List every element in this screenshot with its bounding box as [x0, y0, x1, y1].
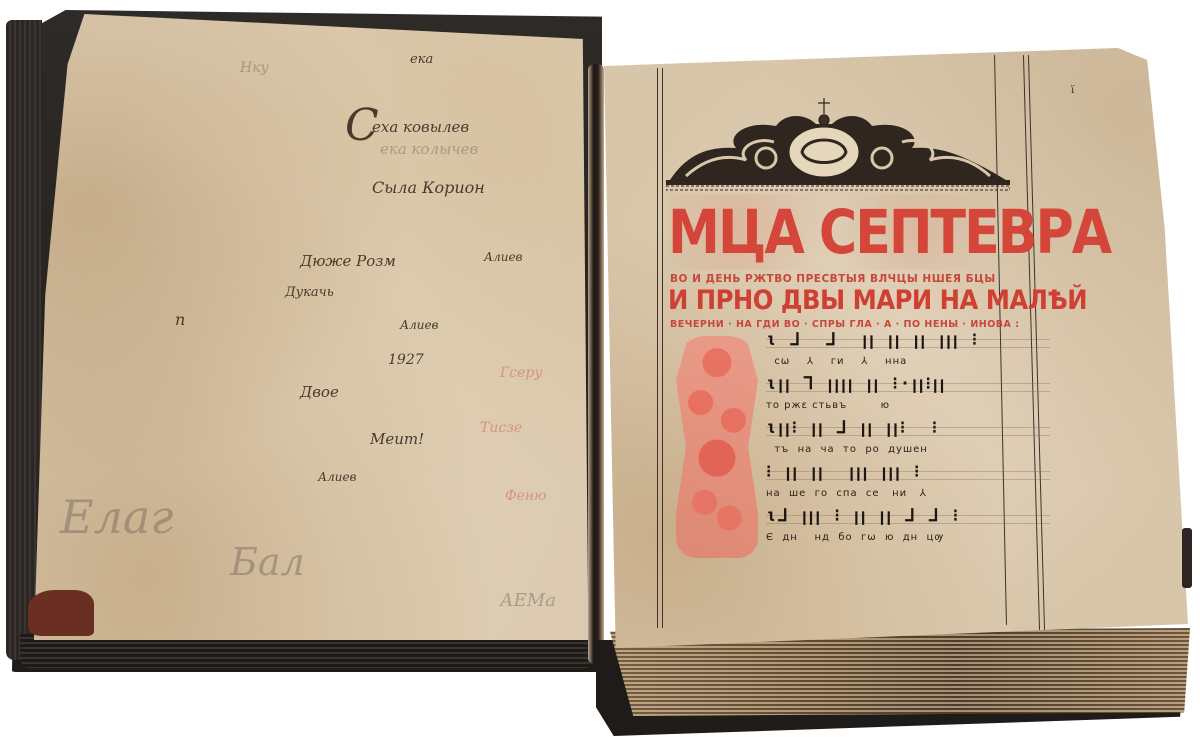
- handwritten-note: Феню: [505, 488, 546, 504]
- handwritten-note: Сыла Корион: [372, 178, 485, 197]
- chant-line: ιꞁꞁ⁝ ꞁꞁ ⅃ ꞁꞁ ꞁꞁ⁝ ⁝ тъ на ча то ро душен: [766, 418, 1050, 462]
- handwritten-note: Дюже Розм: [300, 252, 396, 270]
- folio-number: ї: [1071, 85, 1074, 96]
- chant-line: ⁝ ꞁꞁ ꞁꞁ ꞁꞁꞁ ꞁꞁꞁ ⁝ на ше го спа се ни ⅄: [766, 462, 1050, 506]
- neume-row: ι⅃ ꞁꞁꞁ ⁝ ꞁꞁ ꞁꞁ ⅃ ⅃ ⁝: [766, 506, 1050, 526]
- handwritten-note: Алиев: [400, 318, 439, 332]
- handwritten-note: п: [175, 310, 185, 329]
- neume-row: ⁝ ꞁꞁ ꞁꞁ ꞁꞁꞁ ꞁꞁꞁ ⁝: [766, 462, 1050, 482]
- chant-line: ι ⅃ ⅃ ꞁꞁ ꞁꞁ ꞁꞁ ꞁꞁꞁ ⁝ сѡ ⅄ ги ⅄ нна: [766, 330, 1050, 374]
- handwritten-note: Тисзе: [480, 420, 522, 436]
- feast-heading-line-2: И ПРНО ДВЫ МАРИ НА МАЛѢЙ: [668, 285, 1028, 316]
- feast-heading-line-1: ВО И ДЕНЬ РЖТВО ПРЕСВТЫЯ ВЛЧЦЫ НШЕЯ БЦЫ: [670, 273, 1020, 285]
- book-photograph: екаНкуСеха ковылевека колычевСыла Корион…: [0, 0, 1200, 740]
- left-pastedown-page: [34, 14, 594, 640]
- margin-rule-left: [657, 68, 658, 628]
- handwritten-note: Нку: [240, 60, 269, 76]
- syllable-row: на ше го спа се ни ⅄: [766, 488, 1050, 499]
- handwritten-note: Дукачь: [285, 285, 334, 300]
- handwritten-note: Бал: [230, 540, 305, 584]
- neume-row: ι ⅃ ⅃ ꞁꞁ ꞁꞁ ꞁꞁ ꞁꞁꞁ ⁝: [766, 330, 1050, 350]
- margin-rule-left-inner: [662, 68, 663, 628]
- manuscript-title-month: МЦА СЕПТЕВРА: [668, 194, 1020, 270]
- handwritten-note: Гсеру: [500, 365, 542, 381]
- chant-line: ι⅃ ꞁꞁꞁ ⁝ ꞁꞁ ꞁꞁ ⅃ ⅃ ⁝ Є дн нд бо гѡ ю дн …: [766, 506, 1050, 550]
- handwritten-note: АЕМа: [500, 590, 556, 611]
- rubric-vespers-tone: ВЕЧЕРНИ · НА ГДИ ВО · СПРЫ ГЛА · А · ПО …: [670, 319, 1030, 330]
- chant-line: ιꞁꞁ ⅂ ꞁꞁꞁꞁ ꞁꞁ ⁝·ꞁꞁ⁝ꞁꞁ то ржε стьвъ ю: [766, 374, 1050, 418]
- handwritten-note: Меит!: [370, 430, 424, 448]
- syllable-row: то ржε стьвъ ю: [766, 400, 1050, 411]
- syllable-row: Є дн нд бо гѡ ю дн цѹ: [766, 532, 1050, 543]
- handwritten-note: ека колычев: [380, 140, 478, 158]
- torn-paper-corner: [28, 590, 94, 636]
- handwritten-note: 1927: [388, 352, 424, 368]
- neume-row: ιꞁꞁ ⅂ ꞁꞁꞁꞁ ꞁꞁ ⁝·ꞁꞁ⁝ꞁꞁ: [766, 374, 1050, 394]
- red-floral-initial-ornament: [676, 336, 758, 558]
- handwritten-note: Алиев: [318, 470, 357, 484]
- syllable-row: тъ на ча то ро душен: [766, 444, 1050, 455]
- neume-row: ιꞁꞁ⁝ ꞁꞁ ⅃ ꞁꞁ ꞁꞁ⁝ ⁝: [766, 418, 1050, 438]
- baroque-headpiece-ornament-icon: [666, 96, 1010, 192]
- syllable-row: сѡ ⅄ ги ⅄ нна: [766, 356, 1050, 367]
- handwritten-note: Двое: [300, 383, 339, 401]
- handwritten-note: Алиев: [484, 250, 523, 264]
- znamenny-chant-notation: ι ⅃ ⅃ ꞁꞁ ꞁꞁ ꞁꞁ ꞁꞁꞁ ⁝ сѡ ⅄ ги ⅄ нна ιꞁꞁ ⅂…: [766, 330, 1050, 550]
- book-gutter-spine: [588, 64, 604, 664]
- handwritten-note: еха ковылев: [372, 118, 469, 136]
- clasp-remnant: [1182, 528, 1192, 588]
- handwritten-note: Елаг: [60, 490, 174, 544]
- handwritten-note: ека: [410, 52, 433, 67]
